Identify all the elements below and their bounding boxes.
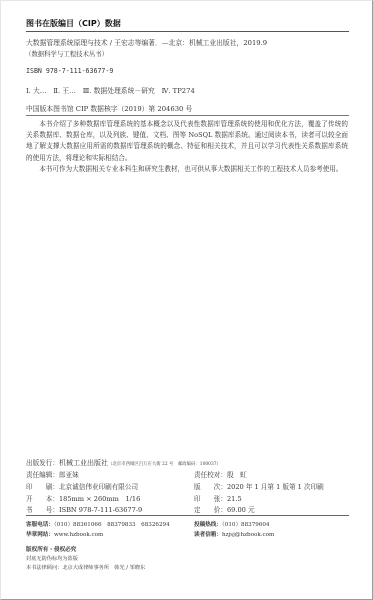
- legal-counsel: 本书法律顾问：北京大成律师事务所 韩光 / 邹晓东: [26, 564, 145, 571]
- cip-data-number: 中国版本图书馆 CIP 数据核字（2019）第 204630 号: [26, 103, 192, 113]
- edition-row: 版 次：2020 年 1 月第 1 版第 1 次印刷: [194, 481, 324, 491]
- copyright-page: 图书在版编目（CIP）数据 大数据管理系统原理与技术 / 王宏志等编著．—北京：…: [0, 0, 373, 600]
- cip-bibliographic-line: 大数据管理系统原理与技术 / 王宏志等编著．—北京：机械工业出版社，2019.9: [26, 37, 267, 47]
- cip-classification: Ⅰ. 大… Ⅱ. 王… Ⅲ. 数据处理系统－研究 Ⅳ. TP274: [26, 85, 195, 95]
- summary-paragraph-2: 本书可作为大数据相关专业本科生和研究生教材，也可供从事大数据相关工作的工程技术人…: [26, 164, 348, 175]
- cip-title: 图书在版编目（CIP）数据: [26, 18, 121, 29]
- cip-title-divider: [26, 31, 349, 32]
- publisher-label: 出版发行：: [26, 459, 59, 467]
- submission-phone: （010）88379604: [222, 522, 270, 528]
- summary-paragraph-1: 本书介绍了多种数据库管理系统的基本概念以及代表性数据库管理系统的使用和优化方法，…: [26, 119, 348, 164]
- sheets-value: 21.5: [227, 495, 242, 503]
- website-link[interactable]: www.hzbook.com: [54, 532, 103, 538]
- website-row: 华章网站：www.hzbook.com: [26, 530, 103, 538]
- format-row: 开 本：185mm × 260mm 1/16: [26, 493, 140, 503]
- printer-row: 印 刷：北京诚信伟业印刷有限公司: [26, 481, 138, 491]
- proofreader-label: 责任校对：: [194, 471, 227, 479]
- submission-label: 投稿热线：: [194, 522, 222, 528]
- customer-service-phones: （010）88361066 88379833 68326294: [54, 522, 170, 528]
- customer-service-label: 客服电话：: [26, 522, 54, 528]
- submission-row: 投稿热线：（010）88379604: [194, 520, 270, 528]
- price-label: 定 价：: [194, 506, 227, 514]
- publisher-row: 出版发行：机械工业出版社（北京市西城区百万庄大街 22 号 邮政编码：10003…: [26, 457, 221, 468]
- cip-bottom-divider: [26, 115, 349, 116]
- colophon-divider: [26, 515, 349, 516]
- editor-name: 郎亚妹: [59, 471, 79, 479]
- price-row: 定 价：69.00 元: [194, 504, 255, 514]
- format-value: 185mm × 260mm 1/16: [59, 495, 140, 503]
- reader-email-label: 读者信箱：: [194, 532, 222, 538]
- book-number-value: ISBN 978-7-111-63677-9: [59, 506, 142, 514]
- edition-label: 版 次：: [194, 483, 227, 491]
- reader-email-row: 读者信箱：hzjsj@hzbook.com: [194, 530, 274, 538]
- printer-label: 印 刷：: [26, 483, 59, 491]
- book-summary: 本书介绍了多种数据库管理系统的基本概念以及代表性数据库管理系统的使用和优化方法，…: [26, 119, 348, 175]
- sheets-label: 印 张：: [194, 495, 227, 503]
- cip-isbn: ISBN 978-7-111-63677-9: [26, 67, 113, 75]
- edition-value: 2020 年 1 月第 1 版第 1 次印刷: [227, 483, 324, 491]
- reader-email-link[interactable]: hzjsj@hzbook.com: [222, 532, 274, 538]
- book-number-row: 书 号：ISBN 978-7-111-63677-9: [26, 504, 142, 514]
- publisher-name: 机械工业出版社: [59, 459, 108, 467]
- customer-service-row: 客服电话：（010）88361066 88379833 68326294: [26, 520, 170, 528]
- price-value: 69.00 元: [227, 506, 255, 514]
- printer-name: 北京诚信伟业印刷有限公司: [59, 483, 138, 491]
- all-rights-reserved: 版权所有・侵权必究: [26, 545, 76, 553]
- sheets-row: 印 张：21.5: [194, 493, 242, 503]
- editor-label: 责任编辑：: [26, 471, 59, 479]
- format-label: 开 本：: [26, 495, 59, 503]
- cip-series-line: （数据科学与工程技术丛书）: [25, 49, 108, 58]
- proofreader-name: 殷 虹: [227, 471, 247, 479]
- book-number-label: 书 号：: [26, 506, 59, 514]
- website-label: 华章网站：: [26, 532, 54, 538]
- publisher-address: （北京市西城区百万庄大街 22 号 邮政编码：100037）: [108, 462, 221, 467]
- proofreader-row: 责任校对：殷 虹: [194, 469, 247, 479]
- anti-counterfeit-notice: 封底无防伪标均为盗版: [26, 555, 78, 562]
- editor-row: 责任编辑：郎亚妹: [26, 469, 79, 479]
